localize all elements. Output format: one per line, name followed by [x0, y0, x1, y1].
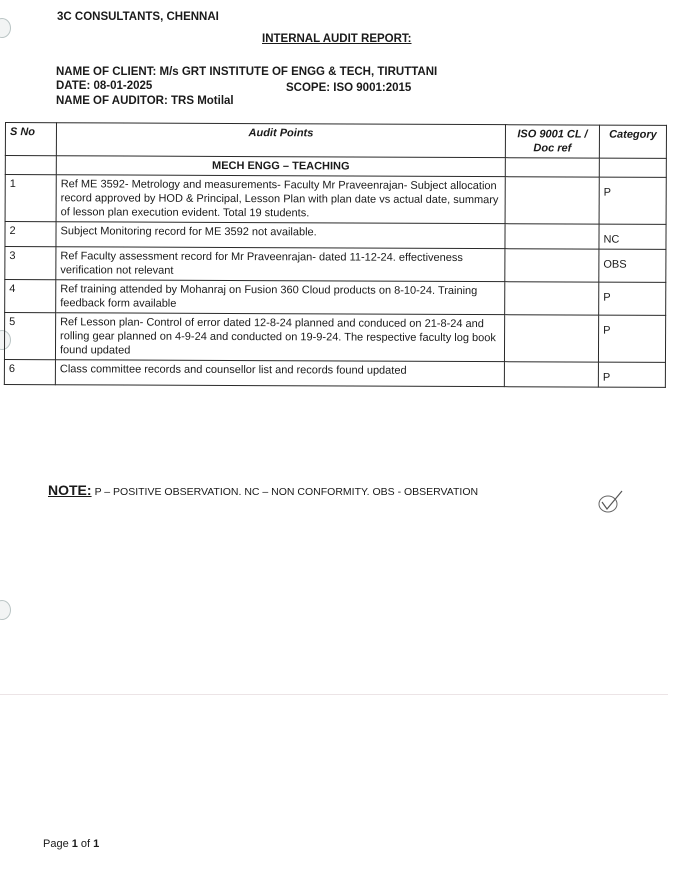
doc-ref-cell	[505, 282, 599, 315]
table-row: 2Subject Monitoring record for ME 3592 n…	[5, 222, 666, 250]
sno-cell: 1	[5, 175, 56, 222]
audit-point-cell: Ref Faculty assessment record for Mr Pra…	[56, 247, 505, 282]
note-text: P – POSITIVE OBSERVATION. NC – NON CONFO…	[95, 486, 479, 498]
section-ref-cell	[505, 158, 599, 177]
category-cell: P	[599, 282, 666, 315]
sno-cell: 6	[4, 359, 55, 384]
company-name: 3C CONSULTANTS, CHENNAI	[57, 11, 219, 23]
auditor-name: NAME OF AUDITOR: TRS Motilal	[56, 95, 234, 107]
page-of: of	[78, 838, 93, 850]
report-title: INTERNAL AUDIT REPORT:	[262, 33, 412, 45]
sno-cell: 3	[5, 247, 56, 280]
audit-point-cell: Subject Monitoring record for ME 3592 no…	[56, 222, 505, 249]
punch-hole	[0, 18, 11, 38]
table-row: 1Ref ME 3592- Metrology and measurements…	[5, 175, 666, 225]
page-total: 1	[93, 838, 99, 850]
column-header-audit-points: Audit Points	[56, 123, 505, 158]
category-cell: P	[598, 362, 665, 387]
doc-ref-cell	[504, 362, 598, 387]
audit-scope: SCOPE: ISO 9001:2015	[286, 82, 411, 94]
column-header-category: Category	[599, 125, 666, 158]
note-label: NOTE:	[48, 482, 92, 498]
section-sno-cell	[5, 156, 56, 175]
category-cell: P	[598, 315, 665, 362]
category-cell: OBS	[599, 249, 666, 282]
punch-hole	[0, 600, 11, 620]
section-title: MECH ENGG – TEACHING	[56, 156, 505, 177]
table-row: 5Ref Lesson plan- Control of error dated…	[4, 313, 665, 363]
sno-cell: 4	[5, 280, 56, 313]
audit-point-cell: Ref Lesson plan- Control of error dated …	[55, 313, 504, 362]
audit-point-cell: Class committee records and counsellor l…	[55, 360, 504, 387]
doc-ref-cell	[505, 177, 599, 224]
column-header-sno: S No	[5, 123, 56, 156]
table-row: 4Ref training attended by Mohanraj on Fu…	[5, 280, 666, 316]
sno-cell: 2	[5, 222, 56, 247]
client-name: NAME OF CLIENT: M/s GRT INSTITUTE OF ENG…	[56, 66, 437, 78]
column-header-doc-ref: ISO 9001 CL / Doc ref	[505, 125, 599, 158]
hand-drawn-check-icon	[596, 488, 624, 516]
table-header-row: S No Audit Points ISO 9001 CL / Doc ref …	[5, 123, 666, 159]
audit-table: S No Audit Points ISO 9001 CL / Doc ref …	[4, 122, 667, 388]
audit-point-cell: Ref ME 3592- Metrology and measurements-…	[56, 175, 505, 224]
audit-point-cell: Ref training attended by Mohanraj on Fus…	[56, 280, 505, 315]
note: NOTE:P – POSITIVE OBSERVATION. NC – NON …	[48, 482, 478, 498]
sno-cell: 5	[4, 313, 55, 360]
doc-ref-cell	[505, 224, 599, 249]
report-date: DATE: 08-01-2025	[56, 80, 152, 92]
table-row: 6Class committee records and counsellor …	[4, 359, 665, 387]
category-cell: P	[599, 177, 666, 224]
page-prefix: Page	[43, 838, 72, 850]
category-cell: NC	[599, 224, 666, 249]
table-row: 3Ref Faculty assessment record for Mr Pr…	[5, 247, 666, 283]
section-cat-cell	[599, 158, 666, 177]
scan-artifact-line	[0, 694, 668, 695]
doc-ref-cell	[504, 315, 598, 362]
page-number: Page 1 of 1	[43, 838, 99, 850]
doc-ref-cell	[505, 249, 599, 282]
